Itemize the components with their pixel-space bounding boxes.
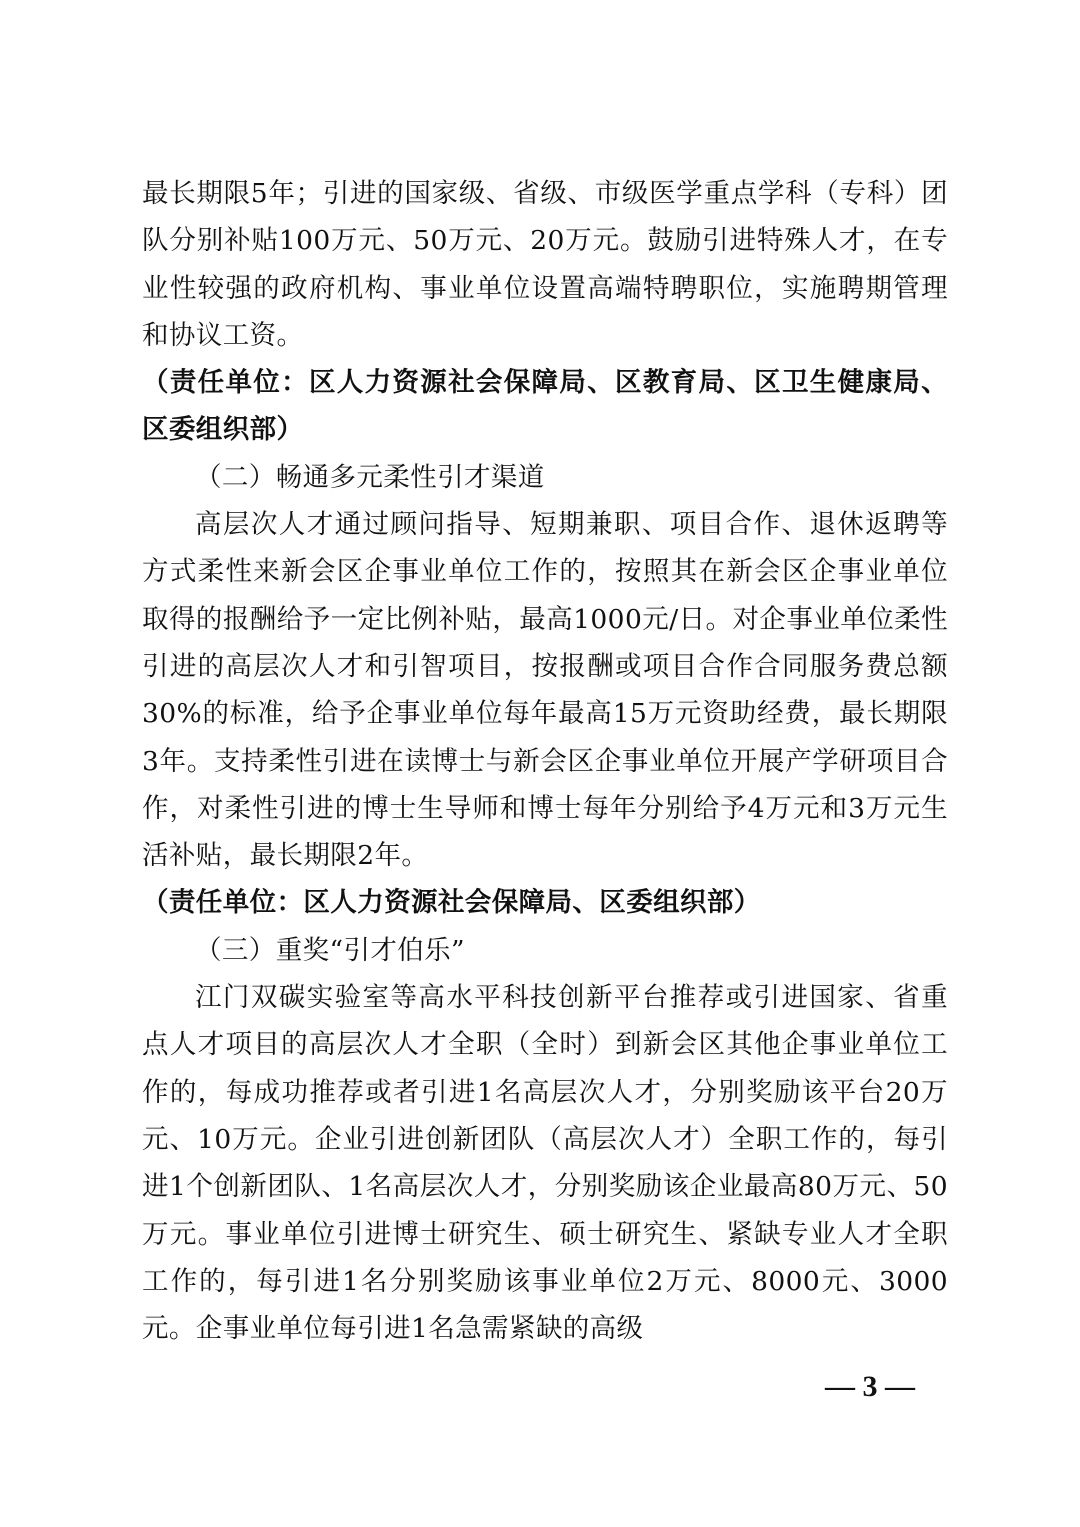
responsibility-units: （责任单位：区人力资源社会保障局、区委组织部） bbox=[142, 879, 948, 926]
section-heading-3: （三）重奖“引才伯乐” bbox=[142, 927, 948, 974]
document-page: 最长期限5年；引进的国家级、省级、市级医学重点学科（专科）团队分别补贴100万元… bbox=[142, 170, 948, 1352]
body-paragraph: 高层次人才通过顾问指导、短期兼职、项目合作、退休返聘等方式柔性来新会区企事业单位… bbox=[142, 501, 948, 879]
body-paragraph-continued: 最长期限5年；引进的国家级、省级、市级医学重点学科（专科）团队分别补贴100万元… bbox=[142, 170, 948, 359]
body-paragraph: 江门双碳实验室等高水平科技创新平台推荐或引进国家、省重点人才项目的高层次人才全职… bbox=[142, 974, 948, 1352]
responsibility-units: （责任单位：区人力资源社会保障局、区教育局、区卫生健康局、区委组织部） bbox=[142, 359, 948, 454]
section-heading-2: （二）畅通多元柔性引才渠道 bbox=[142, 454, 948, 501]
page-number: — 3 — bbox=[800, 1370, 940, 1404]
